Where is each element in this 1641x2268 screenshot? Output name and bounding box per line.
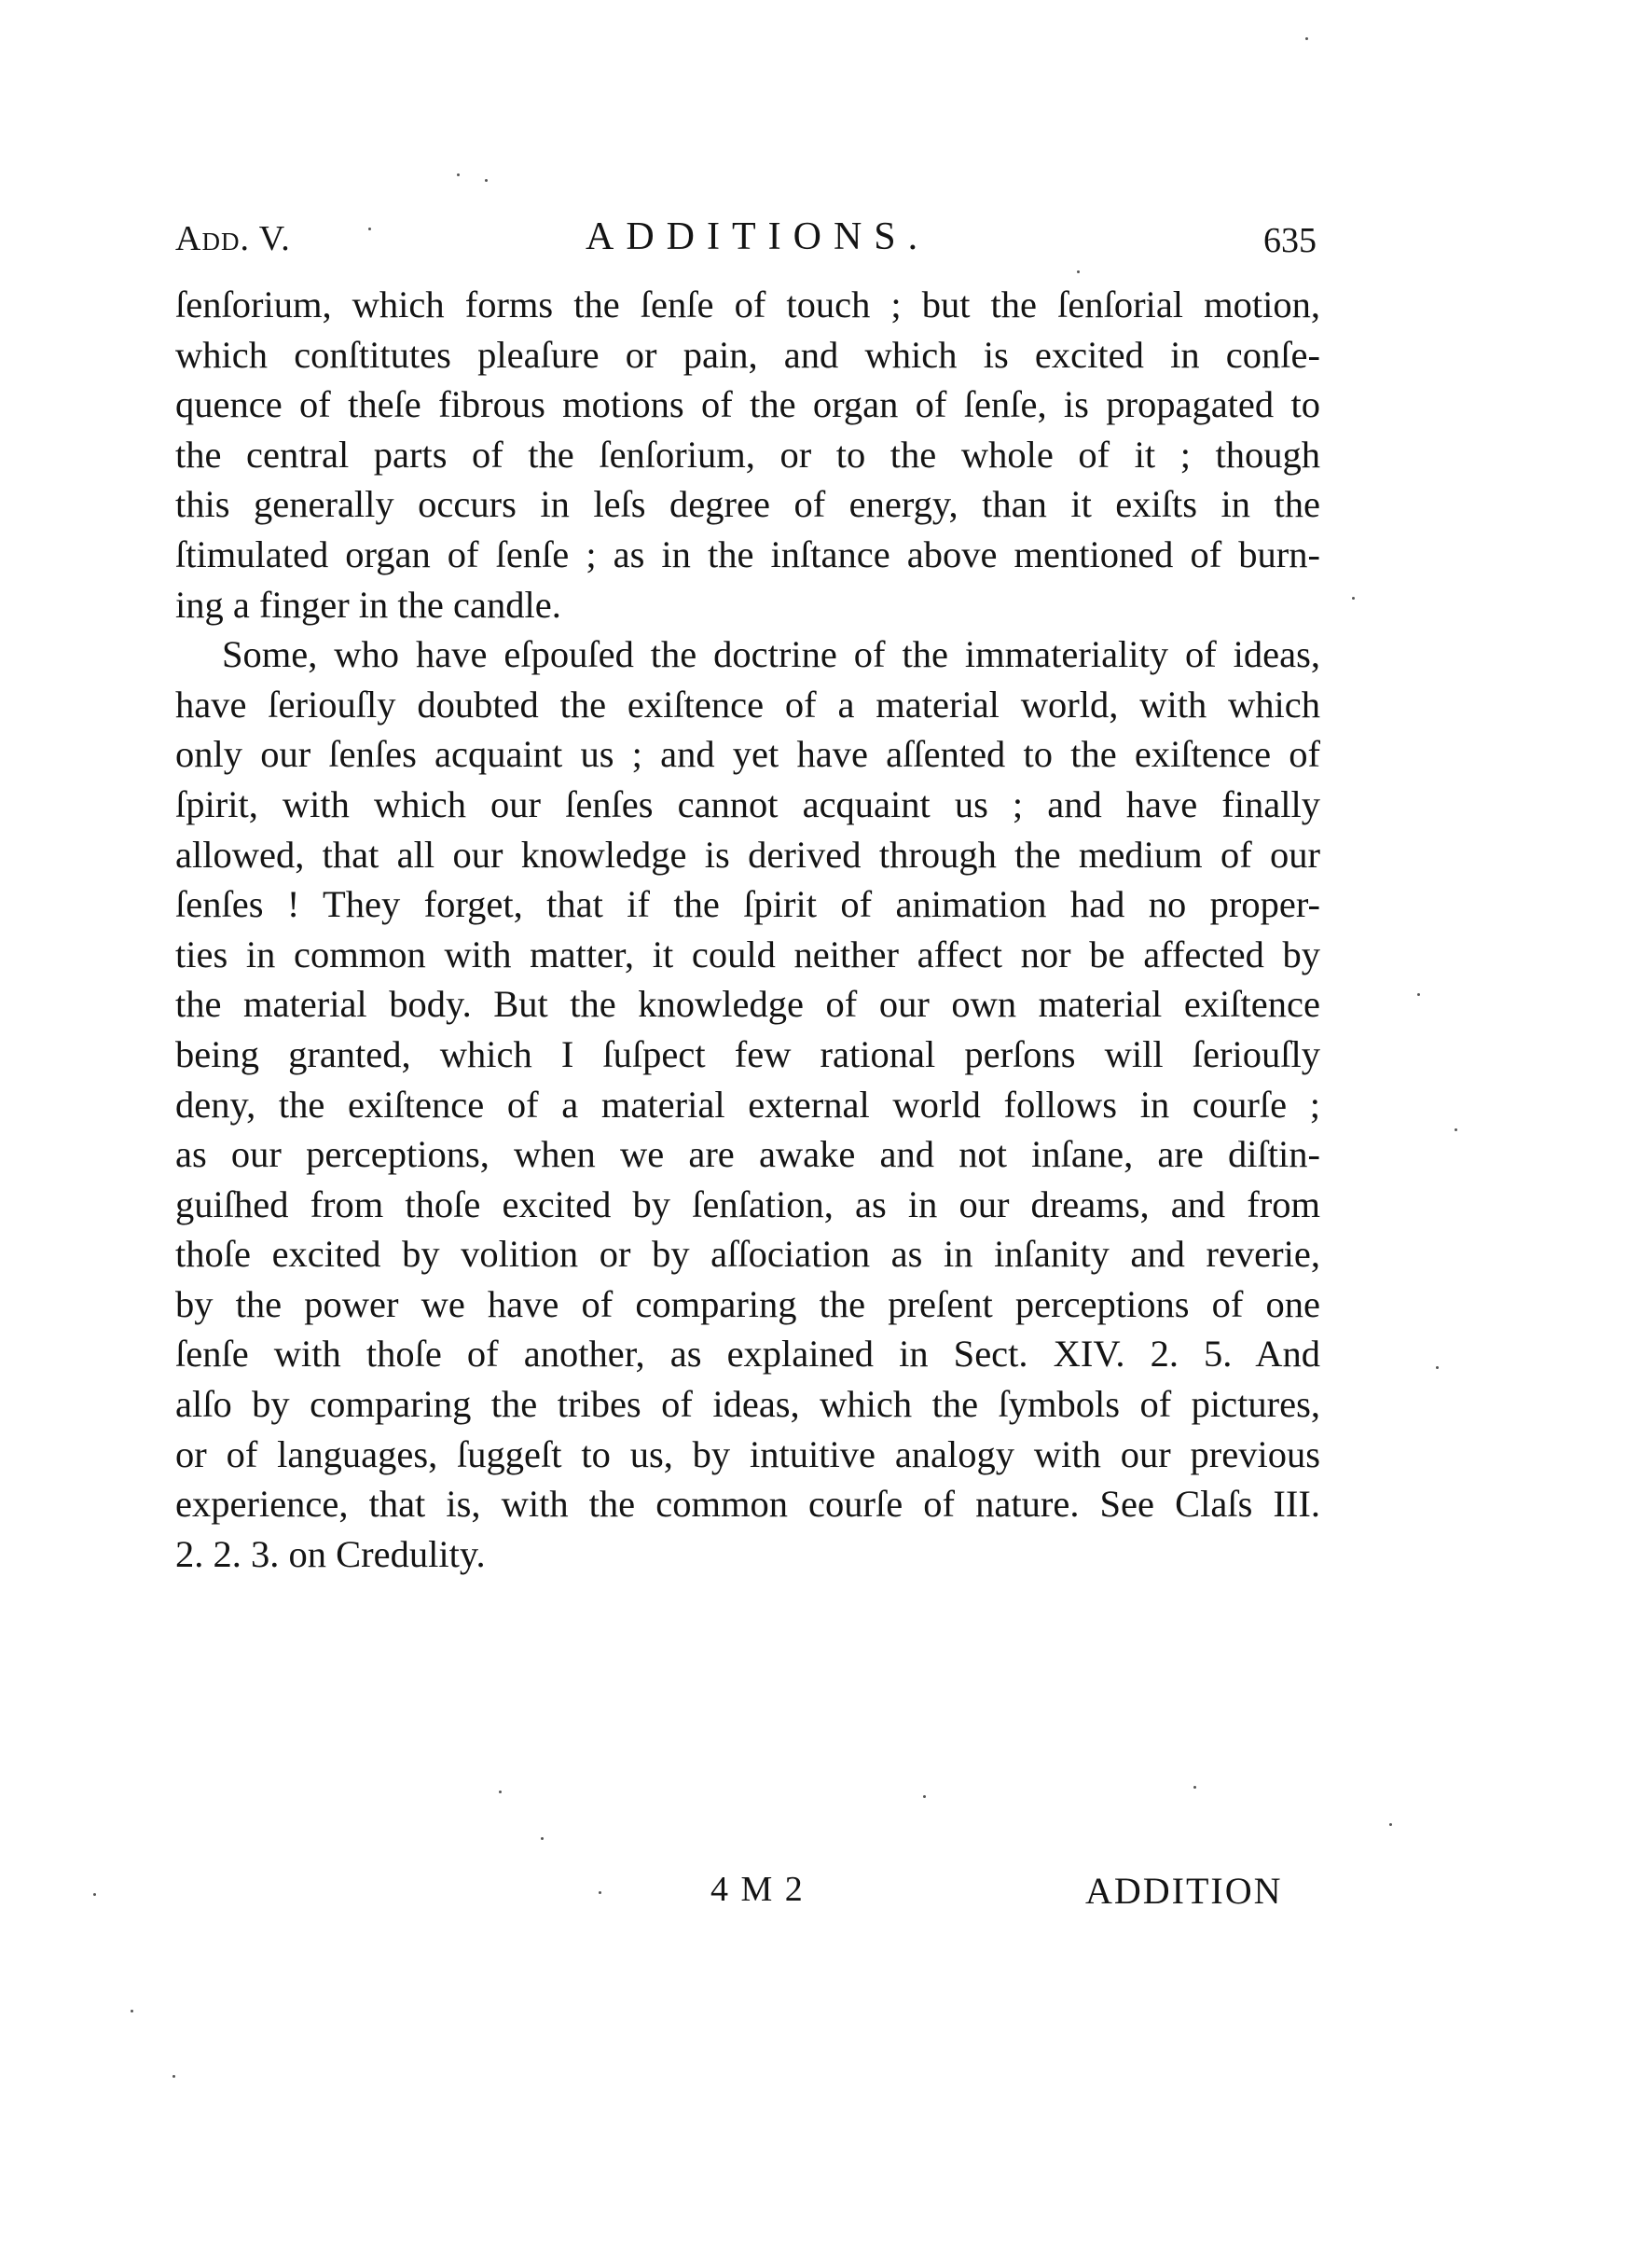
scan-speck bbox=[485, 179, 488, 182]
text-line: quence of theſe fibrous motions of the o… bbox=[175, 380, 1320, 430]
scan-speck bbox=[457, 173, 460, 176]
text-line: ſenſorium, which forms the ſenſe of touc… bbox=[175, 280, 1320, 330]
running-head: Add. V. ADDITIONS. 635 bbox=[175, 211, 1320, 267]
scan-speck bbox=[1305, 37, 1308, 40]
paragraph-start-line: Some, who have eſpouſed the doctrine of … bbox=[175, 629, 1320, 680]
scan-speck bbox=[541, 1837, 544, 1840]
scan-speck bbox=[93, 1893, 96, 1896]
text-line: alſo by comparing the tribes of ideas, w… bbox=[175, 1379, 1320, 1430]
scan-speck bbox=[172, 2075, 175, 2078]
text-line: experience, that is, with the common cou… bbox=[175, 1479, 1320, 1529]
section-label: Add. V. bbox=[175, 218, 291, 259]
text-line: or of languages, ſuggeſt to us, by intui… bbox=[175, 1430, 1320, 1480]
scan-speck bbox=[1436, 1366, 1439, 1369]
text-line: the material body. But the knowledge of … bbox=[175, 979, 1320, 1030]
scan-speck bbox=[923, 1795, 926, 1798]
text-line: the central parts of the ſenſorium, or t… bbox=[175, 430, 1320, 480]
scan-speck bbox=[1193, 1786, 1196, 1789]
running-title: ADDITIONS. bbox=[586, 214, 930, 259]
book-page: Add. V. ADDITIONS. 635 ſenſorium, which … bbox=[0, 0, 1641, 2268]
paragraph-end-line: ing a finger in the candle. bbox=[175, 580, 1320, 630]
text-line: which conſtitutes pleaſure or pain, and … bbox=[175, 330, 1320, 380]
text-line: thoſe excited by volition or by aſſociat… bbox=[175, 1229, 1320, 1279]
scan-speck bbox=[1389, 1823, 1392, 1826]
text-line: ſpirit, with which our ſenſes cannot acq… bbox=[175, 780, 1320, 830]
text-line: only our ſenſes acquaint us ; and yet ha… bbox=[175, 729, 1320, 780]
text-line: allowed, that all our knowledge is deriv… bbox=[175, 830, 1320, 880]
scan-speck bbox=[599, 1891, 601, 1894]
text-line: ſtimulated organ of ſenſe ; as in the in… bbox=[175, 530, 1320, 580]
text-line: ſenſe with thoſe of another, as explaine… bbox=[175, 1329, 1320, 1379]
text-line: this generally occurs in leſs degree of … bbox=[175, 479, 1320, 530]
scan-speck bbox=[368, 228, 371, 230]
text-line: have ſeriouſly doubted the exiſtence of … bbox=[175, 680, 1320, 730]
scan-speck bbox=[1417, 993, 1420, 996]
text-line: deny, the exiſtence of a material extern… bbox=[175, 1080, 1320, 1130]
paragraph-end-line: 2. 2. 3. on Credulity. bbox=[175, 1529, 1320, 1580]
text-line: being granted, which I ſuſpect few ratio… bbox=[175, 1030, 1320, 1080]
scan-speck bbox=[131, 2010, 133, 2012]
text-line: ſenſes ! They forget, that if the ſpirit… bbox=[175, 879, 1320, 930]
catchword: ADDITION bbox=[1085, 1869, 1283, 1913]
scan-speck bbox=[499, 1791, 502, 1793]
scan-speck bbox=[1352, 597, 1355, 600]
scan-speck bbox=[1455, 1128, 1457, 1131]
signature-mark: 4 M 2 bbox=[710, 1869, 805, 1910]
text-line: guiſhed from thoſe excited by ſenſation,… bbox=[175, 1180, 1320, 1230]
text-line: ties in common with matter, it could nei… bbox=[175, 930, 1320, 980]
text-line: as our perceptions, when we are awake an… bbox=[175, 1129, 1320, 1180]
text-line: by the power we have of comparing the pr… bbox=[175, 1279, 1320, 1330]
body-text: ſenſorium, which forms the ſenſe of touc… bbox=[175, 280, 1320, 1579]
scan-speck bbox=[1077, 270, 1080, 273]
page-number: 635 bbox=[1263, 220, 1317, 261]
